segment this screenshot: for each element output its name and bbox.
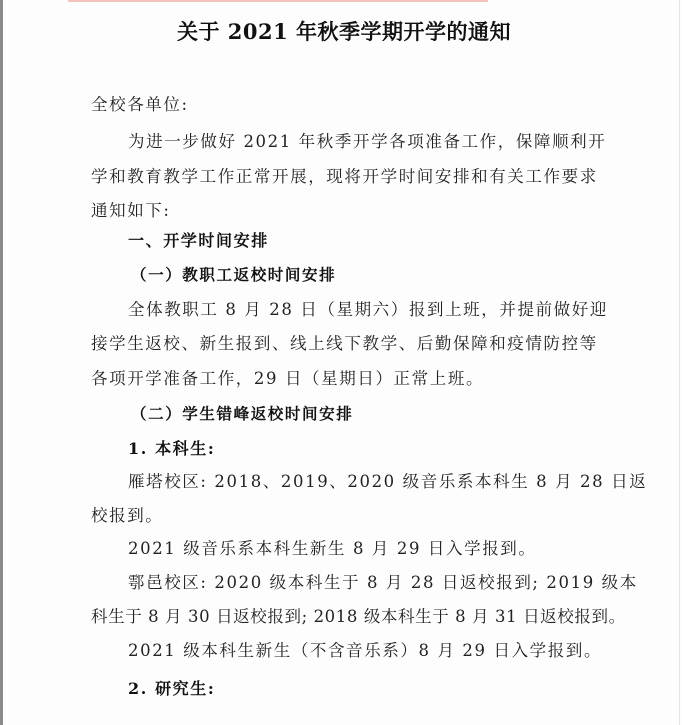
subsection-2-heading: （二）学生错峰返校时间安排 [131,403,353,425]
staff-line-2: 接学生返校、新生报到、线上线下教学、后勤保障和疫情防控等 [91,333,598,355]
undergrad-line-1: 雁塔校区: 2018、2019、2020 级音乐系本科生 8 月 28 日返 [128,471,647,493]
salutation: 全校各单位: [91,94,189,116]
staff-line-3: 各项开学准备工作，29 日（星期日）正常上班。 [91,368,484,390]
intro-line-2: 学和教育教学工作正常开展，现将开学时间安排和有关工作要求 [91,166,598,188]
subsection-1-heading: （一）教职工返校时间安排 [131,264,336,286]
document-page: 关于 2021 年秋季学期开学的通知 全校各单位: 为进一步做好 2021 年秋… [0,0,682,725]
page-right-edge [679,0,680,725]
undergrad-line-2: 校报到。 [91,505,163,527]
undergrad-line-4: 鄠邑校区: 2020 级本科生于 8 月 28 日返校报到; 2019 级本 [128,572,638,594]
undergrad-line-5: 科生于 8 月 30 日返校报到; 2018 级本科生于 8 月 31 日返校报… [91,606,626,628]
undergrad-line-6: 2021 级本科生新生（不含音乐系）8 月 29 日入学报到。 [128,640,602,662]
document-title: 关于 2021 年秋季学期开学的通知 [3,16,682,46]
intro-line-3: 通知如下: [91,200,171,222]
undergrad-line-3: 2021 级音乐系本科生新生 8 月 29 日入学报到。 [128,538,537,560]
graduate-heading: 2. 研究生: [128,678,215,700]
intro-line-1: 为进一步做好 2021 年秋季开学各项准备工作，保障顺利开 [128,131,606,153]
staff-line-1: 全体教职工 8 月 28 日（星期六）报到上班，并提前做好迎 [128,299,608,321]
header-red-line [68,0,488,2]
undergraduate-heading: 1. 本科生: [128,438,215,460]
section-1-heading: 一、开学时间安排 [128,230,269,252]
